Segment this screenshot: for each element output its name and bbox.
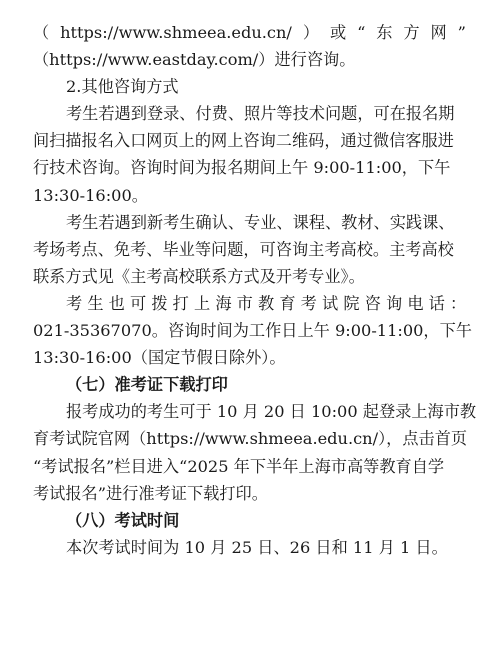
text-line-2: （https://www.eastday.com/）进行咨询。 <box>33 46 466 73</box>
paragraph-line-phone-intro: 考 生 也 可 拨 打 上 海 市 教 育 考 试 院 咨 询 电 话 ： <box>33 290 466 317</box>
paragraph-line: 考生若遇到新考生确认、专业、课程、教材、实践课、 <box>33 209 466 236</box>
paragraph-line-exam-dates: 本次考试时间为 10 月 25 日、26 日和 11 月 1 日。 <box>33 534 466 561</box>
paragraph-line: 考生若遇到登录、付费、照片等技术问题，可在报名期 <box>33 100 466 127</box>
document-page: （ https://www.shmeea.edu.cn/ ） 或 “ 东 方 网… <box>33 19 466 561</box>
section-heading-exam-time: （八）考试时间 <box>33 507 466 534</box>
paragraph-line: 考场考点、免考、毕业等问题，可咨询主考高校。主考高校 <box>33 236 466 263</box>
text-char: 方 <box>403 19 419 46</box>
text-line-1: （ https://www.shmeea.edu.cn/ ） 或 “ 东 方 网… <box>33 19 466 46</box>
paragraph-line: “考试报名”栏目进入“2025 年下半年上海市高等教育自学 <box>33 453 466 480</box>
paren-open: （ <box>33 19 49 46</box>
paragraph-line: 13:30-16:00（国定节假日除外）。 <box>33 344 466 371</box>
section-heading-other-consult: 2.其他咨询方式 <box>33 73 466 100</box>
text-or: 或 <box>330 19 346 46</box>
text-char: 东 <box>376 19 392 46</box>
quote-close: ” <box>458 19 466 46</box>
paragraph-line-link: 育考试院官网（https://www.shmeea.edu.cn/），点击首页 <box>33 425 466 452</box>
paragraph-line: 间扫描报名入口网页上的网上咨询二维码，通过微信客服进 <box>33 127 466 154</box>
paragraph-line-phone: 021-35367070。咨询时间为工作日上午 9:00-11:00，下午 <box>33 317 466 344</box>
paragraph-line: 报考成功的考生可于 10 月 20 日 10:00 起登录上海市教 <box>33 398 466 425</box>
paragraph-line: 13:30-16:00。 <box>33 182 466 209</box>
paragraph-line: 行技术咨询。咨询时间为报名期间上午 9:00-11:00，下午 <box>33 154 466 181</box>
paragraph-line: 联系方式见《主考高校联系方式及开考专业》。 <box>33 263 466 290</box>
shmeea-link[interactable]: https://www.shmeea.edu.cn/ <box>60 19 292 46</box>
section-heading-admission-ticket: （七）准考证下载打印 <box>33 371 466 398</box>
paragraph-line: 考试报名”进行准考证下载打印。 <box>33 480 466 507</box>
text-char: 网 <box>431 19 447 46</box>
paren-close: ） <box>303 19 319 46</box>
quote-open: “ <box>357 19 365 46</box>
